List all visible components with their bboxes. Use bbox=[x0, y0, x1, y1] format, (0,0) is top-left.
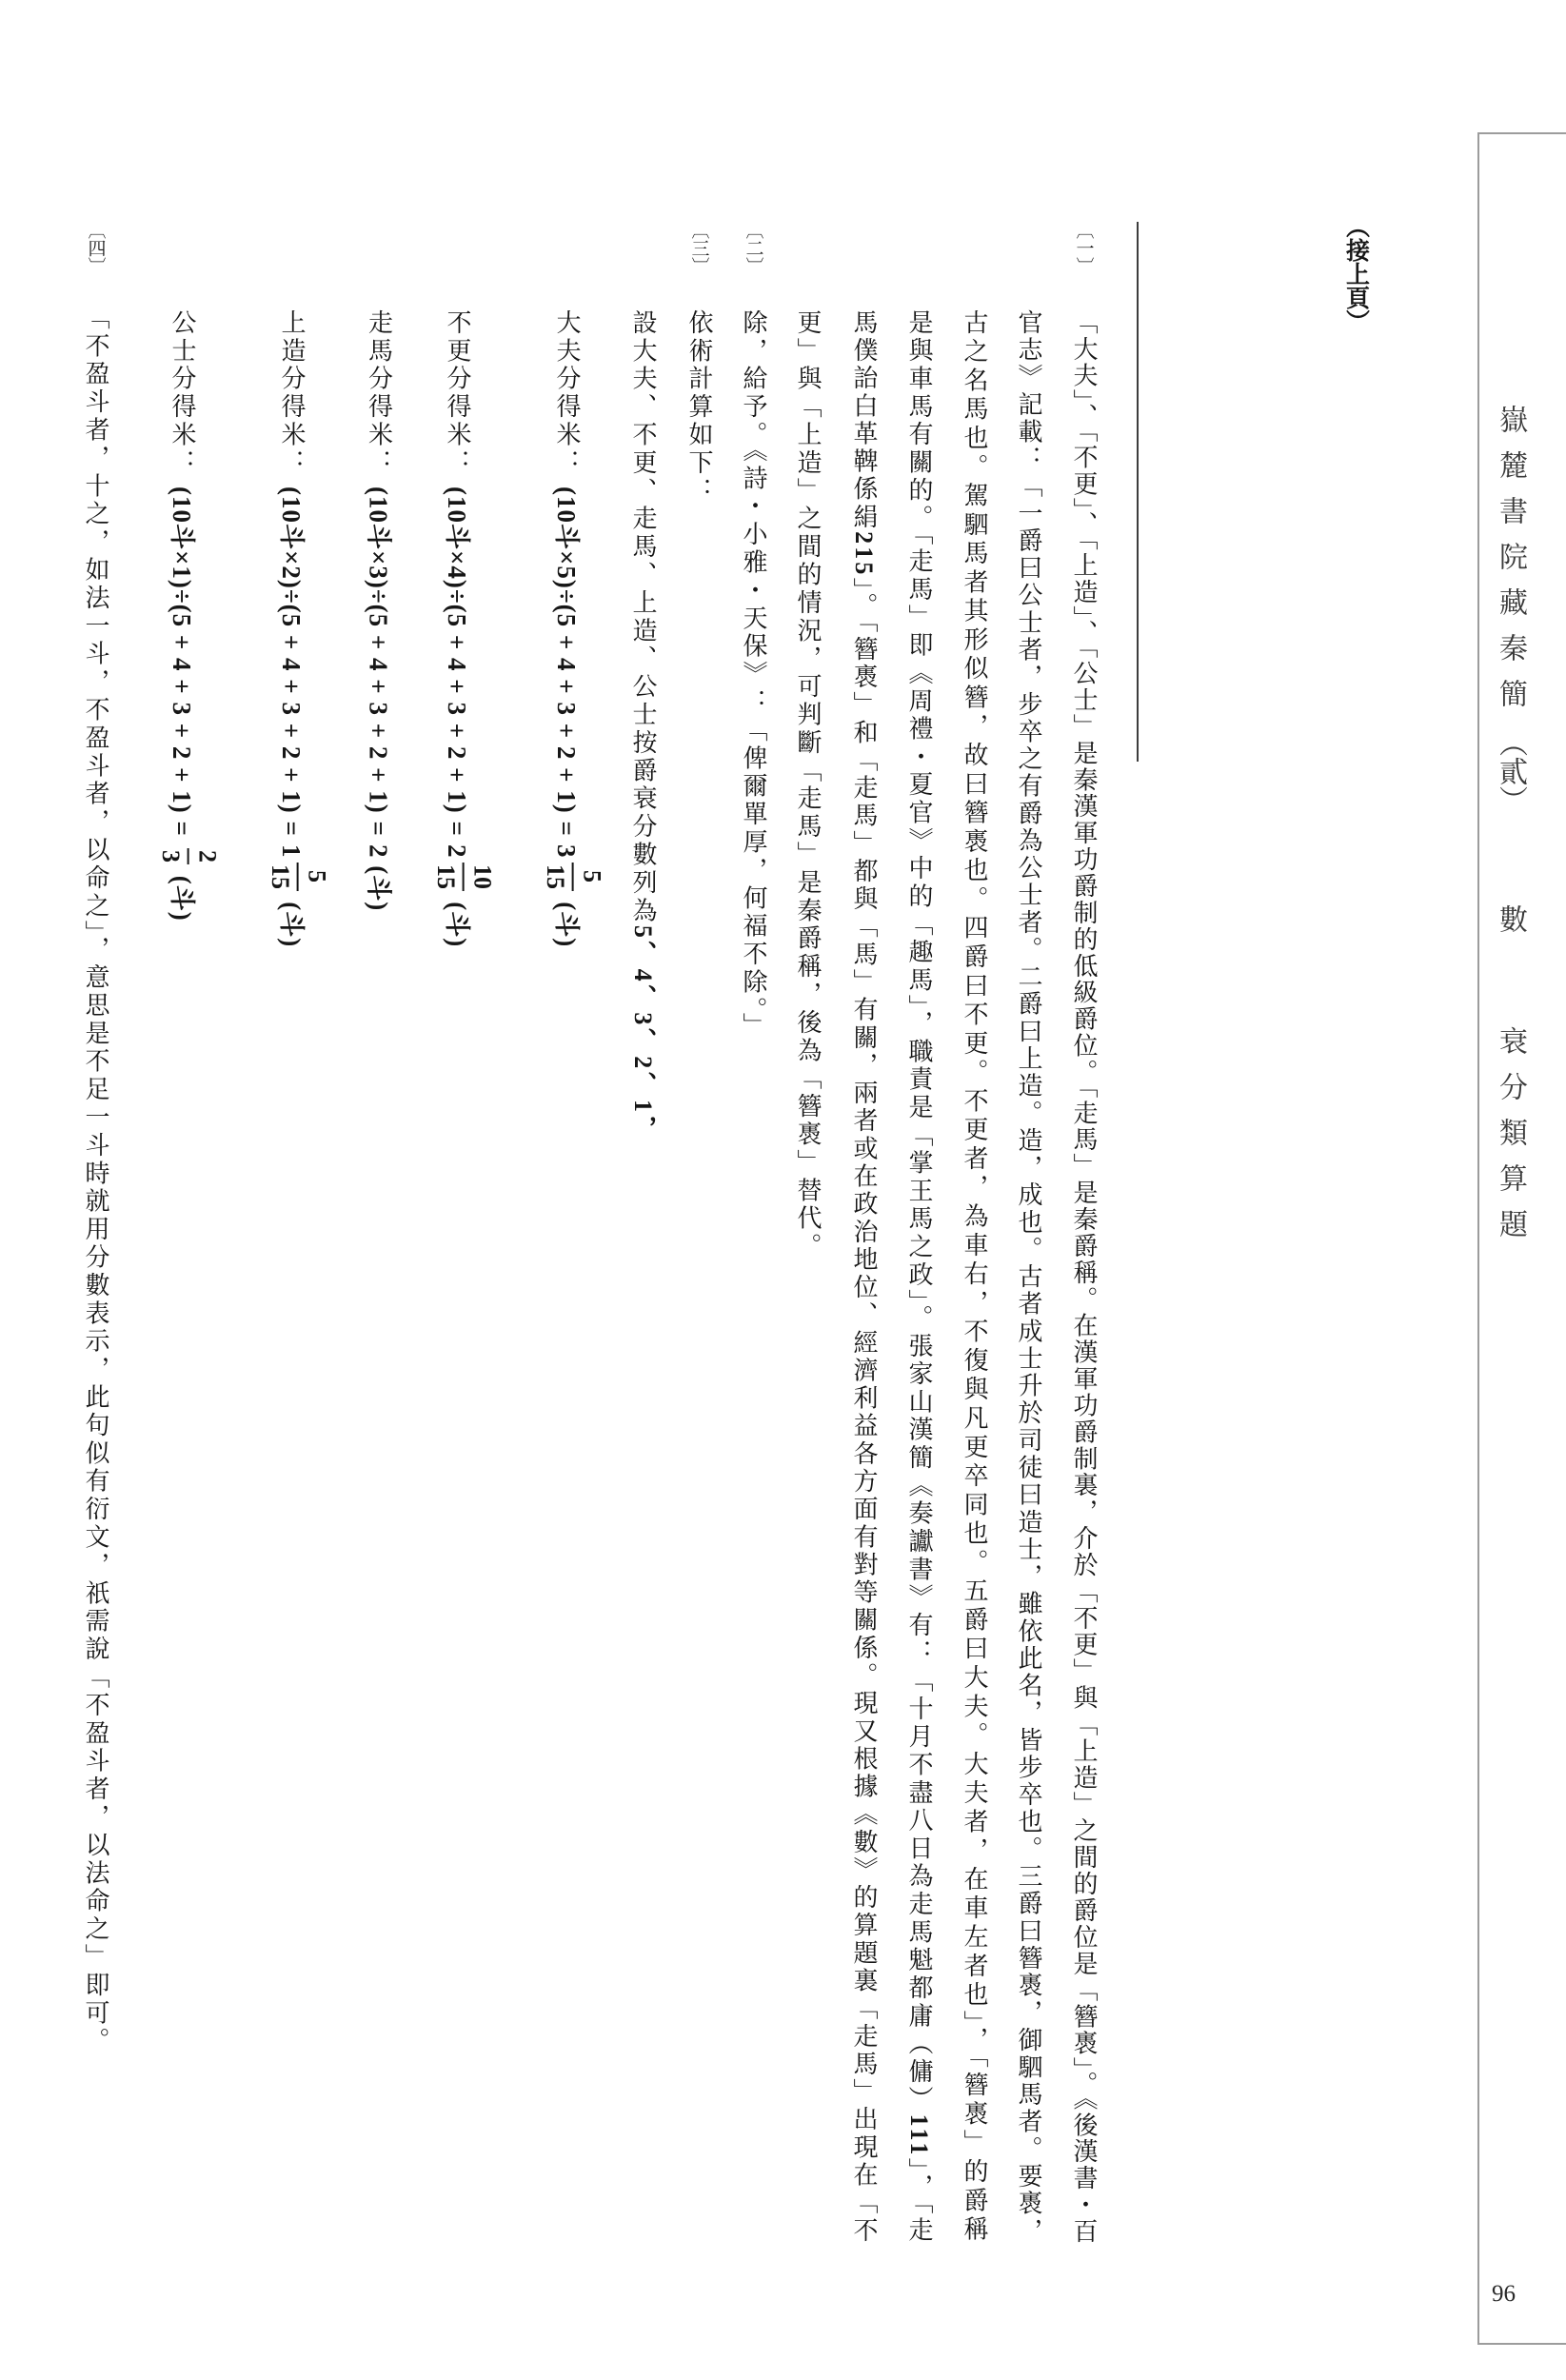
note-1-line-4: 是與車馬有關的。「走馬」即《周禮・夏官》中的「趣馬」，職責是「掌王馬之政」。張家… bbox=[906, 309, 931, 2245]
calc-unit: (斗) bbox=[277, 895, 306, 948]
fraction: 515 bbox=[263, 863, 334, 891]
continued-from-previous-page: （接上頁） bbox=[1345, 214, 1369, 333]
fraction-denominator: 15 bbox=[428, 863, 463, 891]
calc-whole-part: 1 bbox=[277, 844, 306, 859]
book-title: 嶽麓書院藏秦簡 bbox=[1496, 405, 1524, 724]
note-3-marker: 〔三〕 bbox=[690, 221, 708, 275]
note-3-line-1: 依術計算如下： bbox=[686, 309, 711, 506]
chapter-label: 衰分類算題 bbox=[1496, 1026, 1524, 1255]
calc-unit: (斗) bbox=[443, 895, 471, 948]
calc-unit: (斗) bbox=[168, 868, 196, 922]
volume-label: （貳） bbox=[1496, 728, 1524, 814]
line-text: 設大夫、不更、走馬、上造、公士按爵衰分數列為 bbox=[628, 309, 657, 925]
slip-number: 215 bbox=[850, 531, 878, 577]
calc-row-zouma: 走馬分得米：(10斗×3)÷(5 + 4 + 3 + 2 + 1) = 2 (斗… bbox=[366, 309, 391, 911]
fraction-numerator: 5 bbox=[572, 863, 608, 891]
note-1-line-2: 官志》記載：「一爵曰公士者，步卒之有爵為公士者。二爵曰上造。造，成也。古者成士升… bbox=[1016, 309, 1041, 2245]
notes-separator-rule bbox=[1137, 222, 1139, 762]
calc-expression: (10斗×2)÷(5 + 4 + 3 + 2 + 1) = bbox=[277, 477, 306, 844]
calc-row-dafu: 大夫分得米：(10斗×5)÷(5 + 4 + 3 + 2 + 1) = 3515… bbox=[538, 309, 609, 947]
calc-unit: (斗) bbox=[552, 895, 581, 948]
note-2-marker: 〔二〕 bbox=[744, 221, 763, 275]
calc-whole-part: 2 bbox=[443, 844, 471, 859]
book-page: 嶽麓書院藏秦簡 （貳） 數 衰分類算題 96 （接上頁） 〔一〕 「大夫」、「不… bbox=[0, 0, 1566, 2380]
fraction-numerator: 5 bbox=[297, 863, 333, 891]
calc-label: 走馬分得米： bbox=[365, 309, 393, 477]
fraction-denominator: 3 bbox=[153, 848, 188, 864]
note-4-line-1: 「不盈斗者，十之，如法一斗，不盈斗者，以命之」，意思是不足一斗時就用分數表示，此… bbox=[83, 305, 108, 2055]
fraction-denominator: 15 bbox=[538, 863, 572, 891]
note-2-line-1: 除，給予。《詩・小雅・天保》：「俾爾單厚，何福不除。」 bbox=[741, 309, 765, 1041]
calc-whole-part: 3 bbox=[552, 844, 581, 859]
note-4-marker: 〔四〕 bbox=[87, 221, 105, 275]
fraction: 23 bbox=[153, 848, 225, 864]
calc-expression: (10斗×1)÷(5 + 4 + 3 + 2 + 1) = bbox=[168, 477, 196, 844]
note-1-marker: 〔一〕 bbox=[1075, 221, 1093, 275]
fraction: 1015 bbox=[428, 863, 500, 891]
calc-whole-part: 2 bbox=[365, 844, 393, 859]
note-1-line-6: 更」與「上造」之間的情況，可判斷「走馬」是秦爵稱，後為「簪褭」替代。 bbox=[795, 309, 820, 1261]
calc-row-gongshi: 公士分得米：(10斗×1)÷(5 + 4 + 3 + 2 + 1) = 23 (… bbox=[153, 309, 225, 922]
line-text: 」，「走 bbox=[904, 2158, 933, 2245]
line-text: 」。「簪褭」和「走馬」都與「馬」有關，兩者或在政治地位、經濟利益各方面有對等關係… bbox=[849, 578, 878, 2245]
calc-label: 上造分得米： bbox=[277, 309, 306, 477]
section-label: 數 bbox=[1496, 904, 1524, 933]
calc-label: 公士分得米： bbox=[168, 309, 196, 477]
calc-unit: (斗) bbox=[365, 859, 393, 912]
line-text: 馬僕詒白革鞞係絹 bbox=[849, 309, 878, 531]
page-number: 96 bbox=[1492, 2281, 1516, 2308]
slip-number: 111 bbox=[905, 2114, 933, 2158]
calc-row-bugeng: 不更分得米：(10斗×4)÷(5 + 4 + 3 + 2 + 1) = 2101… bbox=[428, 309, 500, 947]
fraction-numerator: 2 bbox=[188, 848, 224, 864]
ratio-sequence: 5、4、3、2、1， bbox=[629, 925, 657, 1143]
fraction-denominator: 15 bbox=[263, 863, 297, 891]
fraction: 515 bbox=[538, 863, 609, 891]
calc-expression: (10斗×5)÷(5 + 4 + 3 + 2 + 1) = bbox=[552, 477, 581, 844]
calc-label: 不更分得米： bbox=[443, 309, 471, 477]
line-text: 是與車馬有關的。「走馬」即《周禮・夏官》中的「趣馬」，職責是「掌王馬之政」。張家… bbox=[904, 309, 933, 2114]
calc-label: 大夫分得米： bbox=[552, 309, 581, 477]
note-3-line-2: 設大夫、不更、走馬、上造、公士按爵衰分數列為5、4、3、2、1， bbox=[630, 309, 655, 1143]
note-1-line-3: 古之名馬也。駕駟馬者其形似簪，故曰簪褭也。四爵曰不更。不更者，為車右，不復與凡更… bbox=[961, 309, 986, 2245]
fraction-numerator: 10 bbox=[463, 863, 499, 891]
note-1-line-1: 「大夫」、「不更」、「上造」、「公士」是秦漢軍功爵制的低級爵位。「走馬」是秦爵稱… bbox=[1071, 309, 1096, 2245]
note-1-line-5: 馬僕詒白革鞞係絹215」。「簪褭」和「走馬」都與「馬」有關，兩者或在政治地位、經… bbox=[851, 309, 876, 2245]
calc-expression: (10斗×4)÷(5 + 4 + 3 + 2 + 1) = bbox=[443, 477, 471, 844]
calc-row-shangzao: 上造分得米：(10斗×2)÷(5 + 4 + 3 + 2 + 1) = 1515… bbox=[263, 309, 334, 947]
calc-expression: (10斗×3)÷(5 + 4 + 3 + 2 + 1) = bbox=[365, 477, 393, 844]
